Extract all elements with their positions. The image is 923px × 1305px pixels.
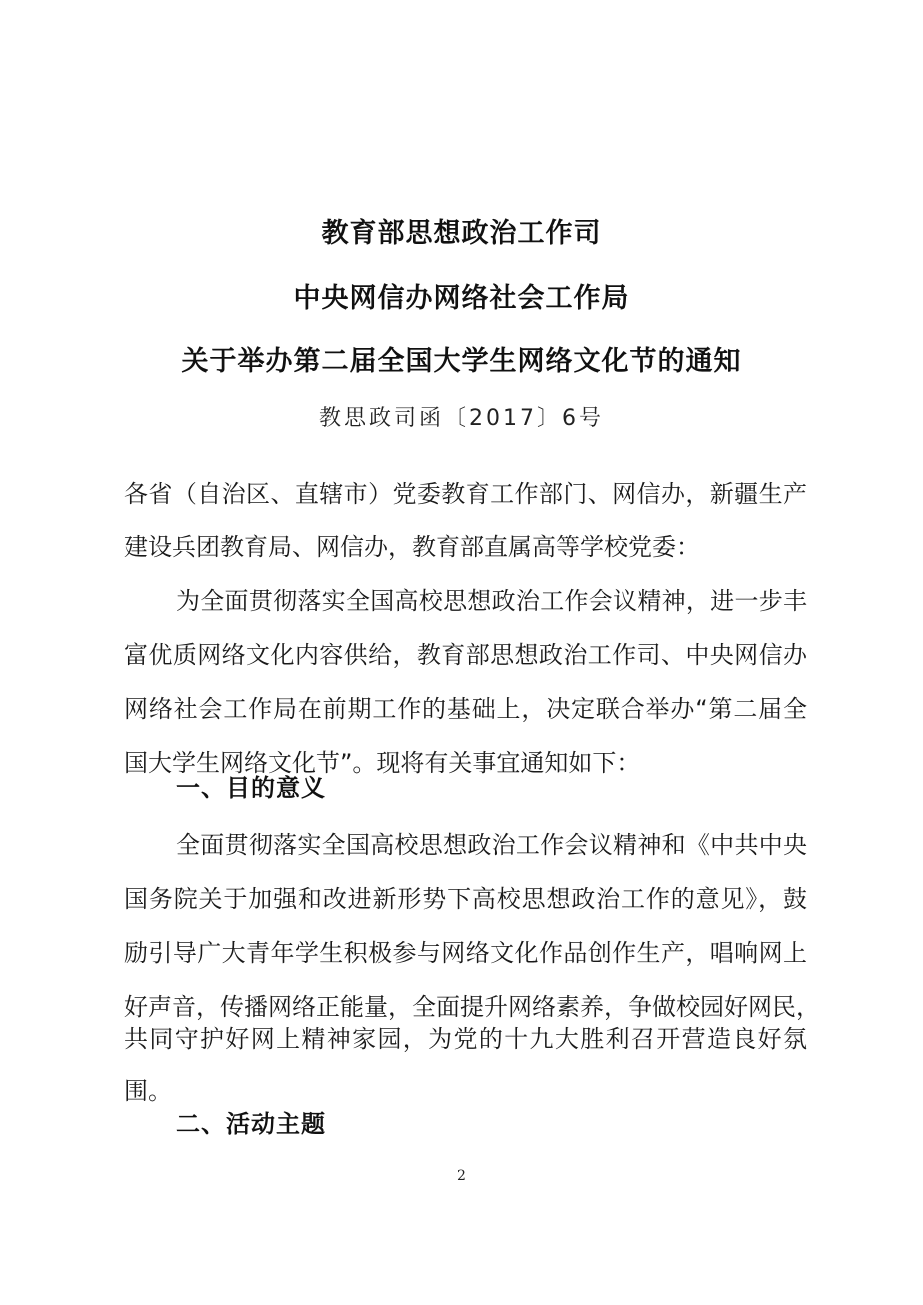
intro-line-1: 为全面贯彻落实全国高校思想政治工作会议精神，进一步丰 bbox=[176, 585, 807, 617]
salutation-line-2: 建设兵团教育局、网信办，教育部直属高等学校党委： bbox=[124, 531, 807, 563]
document-number: 教思政司函〔2017〕6号 bbox=[0, 401, 923, 432]
section-1-line-2: 国务院关于加强和改进新形势下高校思想政治工作的意见》，鼓 bbox=[124, 883, 807, 915]
section-heading-2: 二、活动主题 bbox=[176, 1108, 326, 1140]
section-1-line-3: 励引导广大青年学生积极参与网络文化作品创作生产，唱响网上 bbox=[124, 937, 807, 969]
intro-line-3: 网络社会工作局在前期工作的基础上，决定联合举办“第二届全 bbox=[124, 693, 807, 725]
section-1-line-5: 共同守护好网上精神家园，为党的十九大胜利召开营造良好氛 bbox=[124, 1023, 807, 1055]
section-1-line-1: 全面贯彻落实全国高校思想政治工作会议精神和《中共中央 bbox=[176, 829, 807, 861]
section-heading-1: 一、目的意义 bbox=[176, 772, 326, 804]
section-1-line-4: 好声音，传播网络正能量，全面提升网络素养，争做校园好网民， bbox=[124, 991, 807, 1023]
document-page: 教育部思想政治工作司 中央网信办网络社会工作局 关于举办第二届全国大学生网络文化… bbox=[0, 0, 923, 1305]
title-line-2: 中央网信办网络社会工作局 bbox=[0, 276, 923, 315]
title-line-3: 关于举办第二届全国大学生网络文化节的通知 bbox=[0, 339, 923, 378]
page-number: 2 bbox=[0, 1168, 923, 1184]
intro-line-2: 富优质网络文化内容供给，教育部思想政治工作司、中央网信办 bbox=[124, 639, 807, 671]
section-1-line-6: 围。 bbox=[124, 1075, 807, 1107]
salutation-line-1: 各省（自治区、直辖市）党委教育工作部门、网信办，新疆生产 bbox=[124, 478, 807, 510]
title-line-1: 教育部思想政治工作司 bbox=[0, 211, 923, 250]
